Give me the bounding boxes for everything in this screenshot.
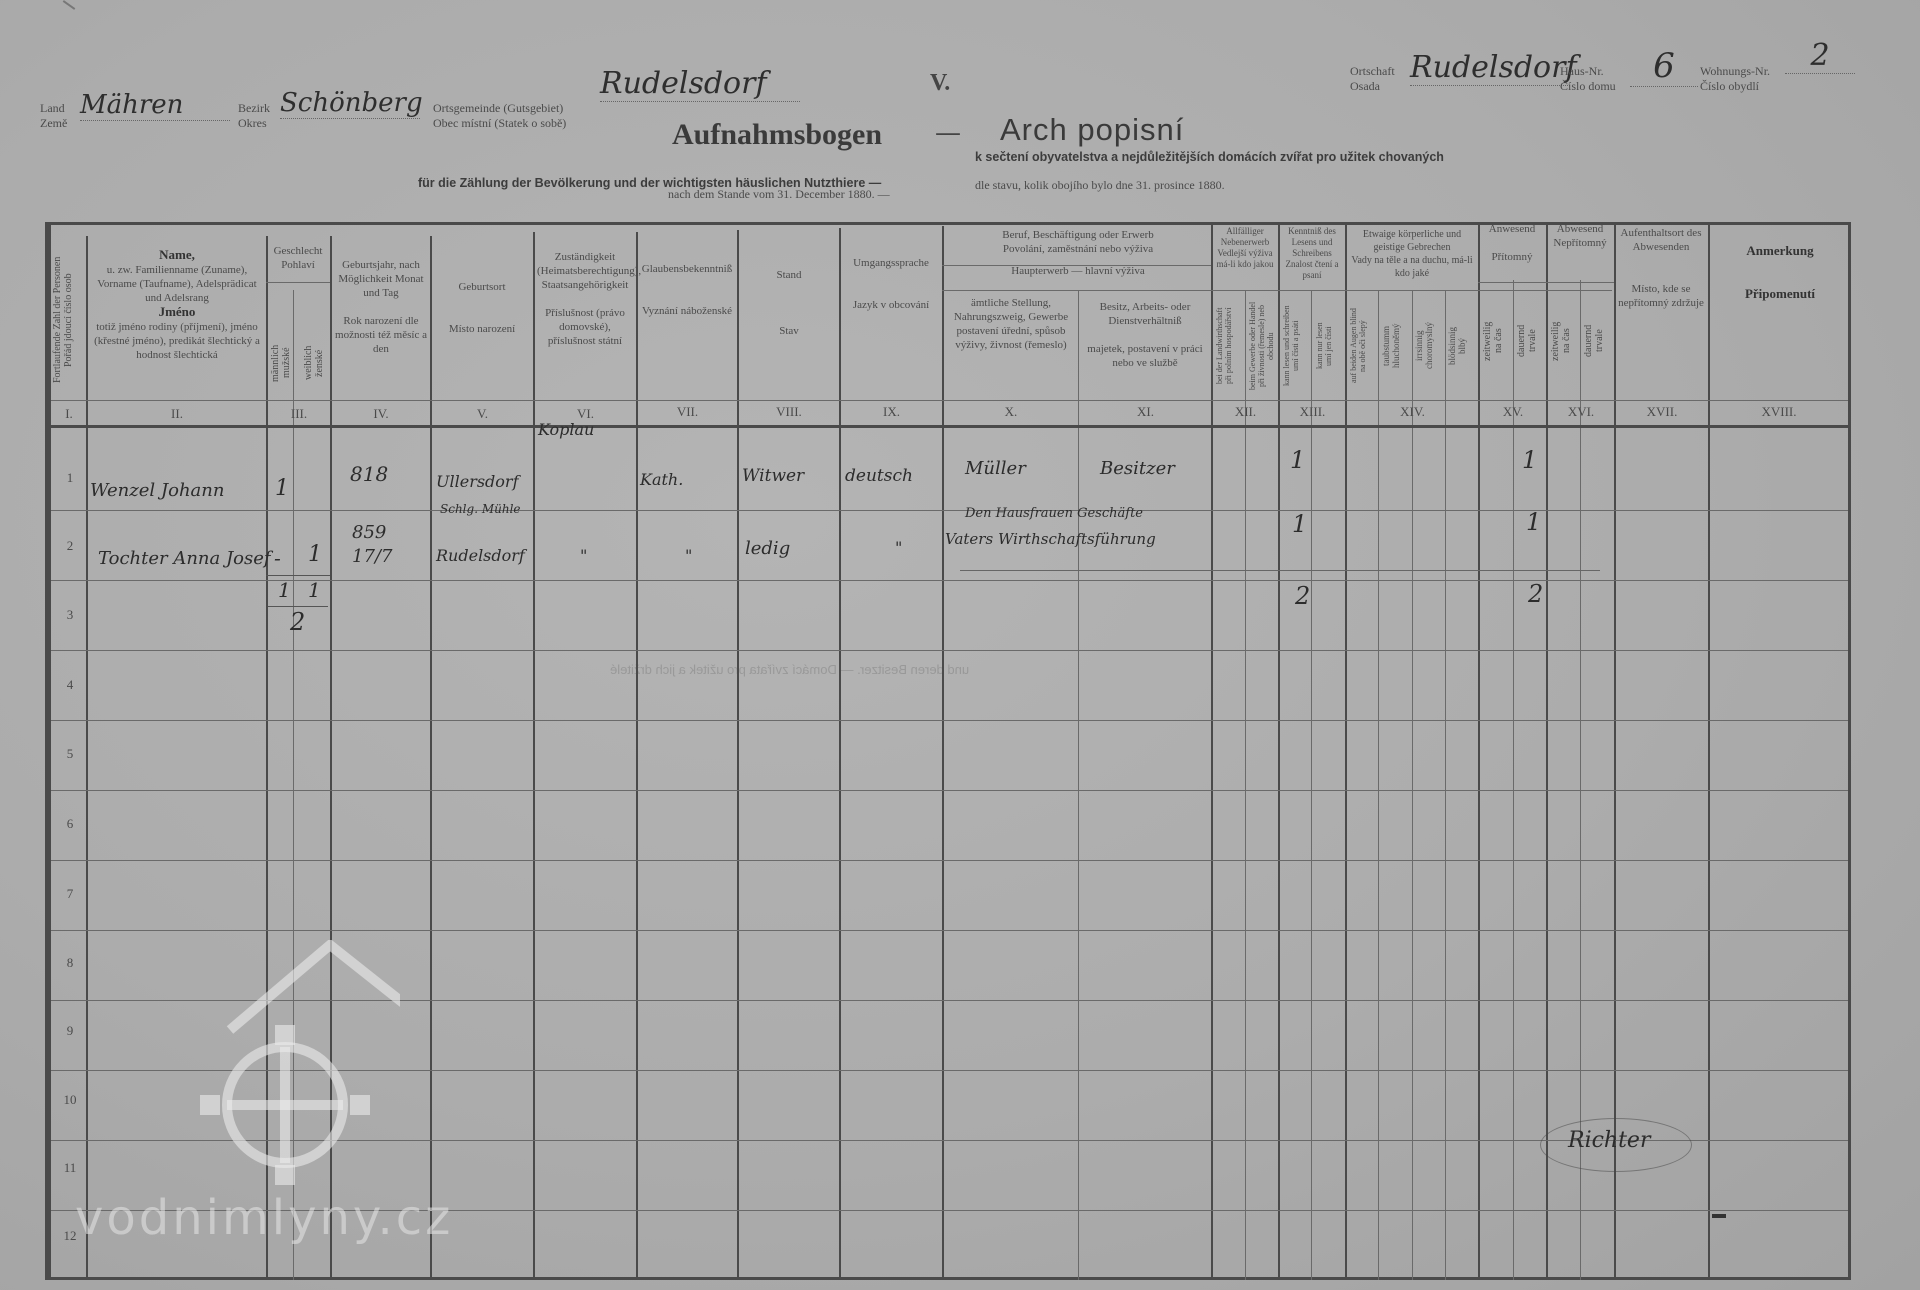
row-line xyxy=(51,860,1848,861)
row-number: 10 xyxy=(50,1092,90,1108)
property-status: Vaters Wirthschaftsführung xyxy=(945,530,1156,548)
roman-xvii: XVII. xyxy=(1616,404,1708,420)
bezirk-label: BezirkOkres xyxy=(238,101,270,131)
roman-vii: VII. xyxy=(638,404,737,420)
col-divider xyxy=(636,232,638,1280)
col-xii-sub1: bei der Landwirthschaftpři polním hospod… xyxy=(1215,296,1243,396)
wohnung-label: Wohnungs-Nr.Číslo obydlí xyxy=(1700,64,1770,94)
roman-ix: IX. xyxy=(841,404,942,420)
female-total: 1 xyxy=(308,578,321,602)
row-number: 9 xyxy=(50,1023,90,1039)
ortschaft-label: OrtschaftOsada xyxy=(1350,64,1395,94)
religion: " xyxy=(685,546,692,565)
zustaendigkeit: " xyxy=(580,546,587,565)
row-number: 1 xyxy=(50,470,90,486)
col-divider xyxy=(1478,222,1480,1280)
roman-xiv: XIV. xyxy=(1347,404,1478,420)
col-divider xyxy=(430,236,432,1280)
row-number: 8 xyxy=(50,955,90,971)
col-divider xyxy=(533,232,535,1280)
col-ii-header: Name,u. zw. Familienname (Zuname), Vorna… xyxy=(90,248,264,362)
birthplace-note: Schlg. Mühle xyxy=(440,502,521,516)
religion: Kath. xyxy=(640,470,683,489)
row-line xyxy=(51,650,1848,651)
row-line xyxy=(51,720,1848,721)
roman-iii: III. xyxy=(268,406,330,422)
can-read-write: 1 xyxy=(1290,446,1305,474)
col-xiv-header: Etwaige körperliche und geistige Gebrech… xyxy=(1347,228,1477,280)
col-divider xyxy=(1546,222,1548,1280)
land-value: Mähren xyxy=(80,90,230,121)
col-divider xyxy=(1708,222,1710,1280)
row-number: 2 xyxy=(50,538,90,554)
header-subline xyxy=(266,282,330,283)
date-cz: dle stavu, kolik obojího bylo dne 31. pr… xyxy=(975,178,1225,193)
col-divider xyxy=(839,228,841,1280)
roman-x: X. xyxy=(944,404,1078,420)
col-xiv-sub3: irrsinnigchoromyslný xyxy=(1414,296,1442,396)
col-xviii-header: AnmerkungPřipomenutí xyxy=(1712,244,1848,302)
header-subline xyxy=(942,290,1612,291)
male-count: - xyxy=(274,546,281,570)
can-read-write: 1 xyxy=(1292,510,1307,538)
col-x-group-header: Beruf, Beschäftigung oder ErwerbPovolání… xyxy=(946,228,1210,278)
birth-year: 818 xyxy=(350,462,388,486)
present-permanent: 1 xyxy=(1522,446,1537,474)
title-cz: Arch popisní xyxy=(1000,112,1184,148)
totals-separator xyxy=(266,575,330,576)
wohnung-value: 2 xyxy=(1785,38,1855,74)
col-ix-header: UmgangsspracheJazyk v obcování xyxy=(843,256,939,312)
totals-separator xyxy=(960,570,1600,573)
birth-date: 17/7 xyxy=(352,546,392,567)
roman-xviii: XVIII. xyxy=(1710,404,1848,420)
occupation: Den Hausfrauen Geschäfte xyxy=(965,506,1143,521)
col-subdivider xyxy=(1445,290,1446,1280)
col-xiii-header: Kenntniß des Lesens und SchreibensZnalos… xyxy=(1280,226,1344,281)
title-de: Aufnahmsbogen xyxy=(672,118,882,152)
present-total: 2 xyxy=(1528,580,1543,608)
col-iv-header: Geburtsjahr, nach Möglichkeit Monat und … xyxy=(334,258,428,356)
col-xii-header: Allfälliger NebenerwerbVedlejší výživa m… xyxy=(1213,226,1277,270)
roman-xv: XV. xyxy=(1480,404,1546,420)
col-xv-sub2: dauerndtrvale xyxy=(1516,286,1544,396)
col-x-header: ämtliche Stellung, Nahrungszweig, Gewerb… xyxy=(946,296,1076,352)
occupation: Müller xyxy=(965,458,1026,479)
row-line xyxy=(51,790,1848,791)
col-vi-header: Zuständigkeit (Heimatsberechtigung), Sta… xyxy=(537,250,633,348)
census-sheet: LandZemě Mähren BezirkOkres Schönberg Or… xyxy=(0,0,1920,1290)
col-divider xyxy=(942,226,944,1280)
marital-status: Witwer xyxy=(742,466,804,486)
row-line xyxy=(51,510,1848,511)
signature: Richter xyxy=(1568,1128,1650,1153)
col-xiii-sub2: kann nur lesenumí jen čísti xyxy=(1315,296,1343,396)
corner-mark xyxy=(63,0,76,10)
female-count: 1 xyxy=(308,542,322,567)
col-divider xyxy=(1278,224,1280,1280)
property-status: Besitzer xyxy=(1100,458,1175,479)
col-xvi-header: AbwesendNepřítomný xyxy=(1548,222,1612,250)
birthplace: Ullersdorf xyxy=(436,472,519,491)
roman-ii: II. xyxy=(88,406,266,422)
male-count: 1 xyxy=(275,476,289,501)
col-xv-header: AnwesendPřítomný xyxy=(1480,222,1544,264)
date-de: nach dem Stande vom 31. December 1880. — xyxy=(668,187,890,202)
form-number: V. xyxy=(930,70,950,97)
ink-mark xyxy=(1712,1214,1726,1218)
bezirk-value: Schönberg xyxy=(280,88,420,119)
col-xiv-sub1: auf beiden Augen blindna obě oči slepý xyxy=(1349,296,1377,396)
row-number: 11 xyxy=(50,1160,90,1176)
ortsgemeinde-label: Ortsgemeinde (Gutsgebiet)Obec místní (St… xyxy=(433,101,566,131)
col-subdivider xyxy=(1078,290,1079,1280)
col-xii-sub2: beim Gewerbe oder Handelpři živnosti (ře… xyxy=(1248,296,1276,396)
subtitle-cz: k sečtení obyvatelstva a nejdůležitějšíc… xyxy=(975,150,1444,164)
col-subdivider xyxy=(1245,290,1246,1280)
roman-i: I. xyxy=(52,406,86,422)
row-number: 7 xyxy=(50,886,90,902)
col-iii-male-header: männlichmužské xyxy=(270,330,292,396)
col-viii-header: StandStav xyxy=(741,268,837,338)
col-divider xyxy=(1345,224,1347,1280)
header-subline xyxy=(1478,282,1614,283)
persons-total: 2 xyxy=(290,608,305,636)
zustaendigkeit-note: Koplau xyxy=(538,420,594,439)
col-divider xyxy=(737,230,739,1280)
read-write-total: 2 xyxy=(1295,582,1310,610)
title-dash: — xyxy=(935,118,961,148)
roman-viii: VIII. xyxy=(739,404,839,420)
col-xv-sub1: zeitweiligna čas xyxy=(1482,286,1510,396)
row-number: 5 xyxy=(50,746,90,762)
col-divider xyxy=(1211,224,1213,1280)
ortschaft-value: Rudelsdorf xyxy=(1410,50,1570,86)
col-xiv-sub2: taubstummhluchoněmý xyxy=(1381,296,1409,396)
col-i-header: Fortlaufende Zahl der PersonenPořád jdou… xyxy=(52,240,84,400)
roman-xii: XII. xyxy=(1213,404,1278,420)
col-subdivider xyxy=(1311,290,1312,1280)
marital-status: ledig xyxy=(745,538,790,559)
roman-xvi: XVI. xyxy=(1548,404,1614,420)
col-iii-header: GeschlechtPohlaví xyxy=(268,244,328,272)
person-name: Wenzel Johann xyxy=(90,480,224,501)
bleed-through-text: und deren Besitzer. — Domácí zvířata pro… xyxy=(610,662,969,677)
col-xvii-header: Aufenthaltsort des AbwesendenMísto, kde … xyxy=(1616,226,1706,310)
language: deutsch xyxy=(845,466,913,486)
col-vii-header: GlaubensbekenntnißVyznání náboženské xyxy=(640,262,734,318)
haus-value: 6 xyxy=(1630,46,1698,87)
present-permanent: 1 xyxy=(1526,508,1541,536)
col-xi-header: Besitz, Arbeits- oder Dienstverhältnißma… xyxy=(1080,300,1210,370)
haus-label: Haus-Nr.Číslo domu xyxy=(1560,64,1616,94)
col-xiv-sub4: blödsinnigblbý xyxy=(1447,296,1475,396)
col-v-header: GeburtsortMísto narození xyxy=(434,280,530,336)
col-xiii-sub1: kann lesen und schreibenumí čísti a psát… xyxy=(1282,296,1310,396)
language: " xyxy=(895,538,902,557)
row-number: 6 xyxy=(50,816,90,832)
totals-separator xyxy=(268,606,328,607)
roman-xiii: XIII. xyxy=(1280,404,1345,420)
row-number: 3 xyxy=(50,607,90,623)
col-xvi-sub2: dauerndtrvale xyxy=(1583,286,1611,396)
row-line xyxy=(51,930,1848,931)
land-label: LandZemě xyxy=(40,101,67,131)
watermark-logo-icon xyxy=(170,940,400,1200)
person-name: Tochter Anna Josef xyxy=(98,548,271,569)
header-bottom-line xyxy=(51,425,1848,428)
col-subdivider xyxy=(1513,280,1514,1280)
col-iii-female-header: weiblichženské xyxy=(303,330,325,396)
col-subdivider xyxy=(1412,290,1413,1280)
roman-iv: IV. xyxy=(332,406,430,422)
birthplace: Rudelsdorf xyxy=(436,546,525,565)
birth-year: 859 xyxy=(352,522,386,543)
col-subdivider xyxy=(1378,290,1379,1280)
roman-v: V. xyxy=(432,406,533,422)
watermark-text: vodnimlyny.cz xyxy=(75,1190,453,1246)
ortsgemeinde-value: Rudelsdorf xyxy=(600,66,800,102)
roman-xi: XI. xyxy=(1080,404,1211,420)
male-total: 1 xyxy=(278,578,291,602)
header-roman-line xyxy=(51,400,1848,401)
col-xvi-sub1: zeitweiligna čas xyxy=(1550,286,1578,396)
row-number: 4 xyxy=(50,677,90,693)
